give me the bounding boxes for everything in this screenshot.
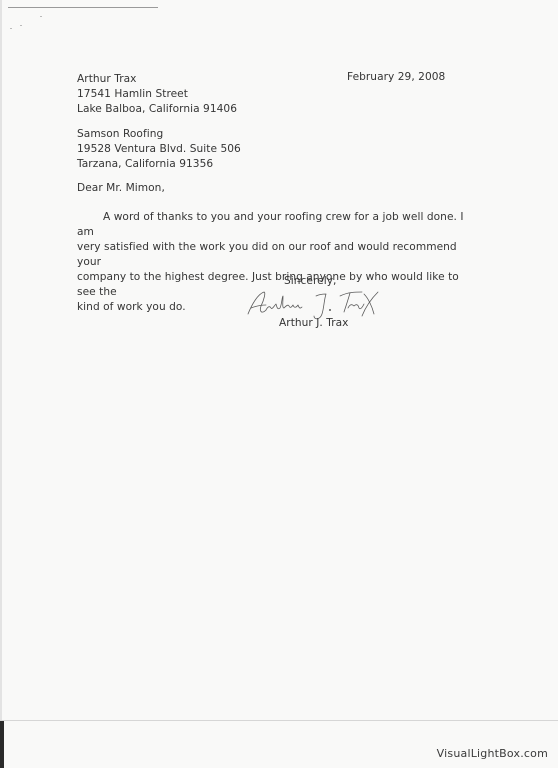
sender-city: Lake Balboa, California 91406 [77, 102, 237, 117]
page-left-edge [0, 0, 2, 720]
scan-top-line [8, 7, 158, 8]
scan-dark-edge [0, 721, 4, 768]
body-line-text: A word of thanks to you and your roofing… [77, 211, 464, 238]
watermark: VisualLightBox.com [437, 747, 548, 760]
sender-street: 17541 Hamlin Street [77, 87, 237, 102]
recipient-address: Samson Roofing 19528 Ventura Blvd. Suite… [77, 127, 241, 172]
body-line: very satisfied with the work you did on … [77, 240, 477, 270]
scanned-letter-page: Arthur Trax 17541 Hamlin Street Lake Bal… [0, 0, 558, 768]
scan-speck [20, 25, 22, 26]
recipient-street: 19528 Ventura Blvd. Suite 506 [77, 142, 241, 157]
printed-name: Arthur J. Trax [279, 316, 349, 331]
body-line: A word of thanks to you and your roofing… [77, 210, 477, 240]
salutation: Dear Mr. Mimon, [77, 181, 165, 196]
sender-address: Arthur Trax 17541 Hamlin Street Lake Bal… [77, 72, 237, 117]
scan-speck [10, 28, 12, 29]
sender-name: Arthur Trax [77, 72, 237, 87]
letter-date: February 29, 2008 [347, 70, 445, 85]
recipient-company: Samson Roofing [77, 127, 241, 142]
recipient-city: Tarzana, California 91356 [77, 157, 241, 172]
scan-speck [40, 16, 42, 17]
scan-bottom-edge [0, 720, 558, 721]
